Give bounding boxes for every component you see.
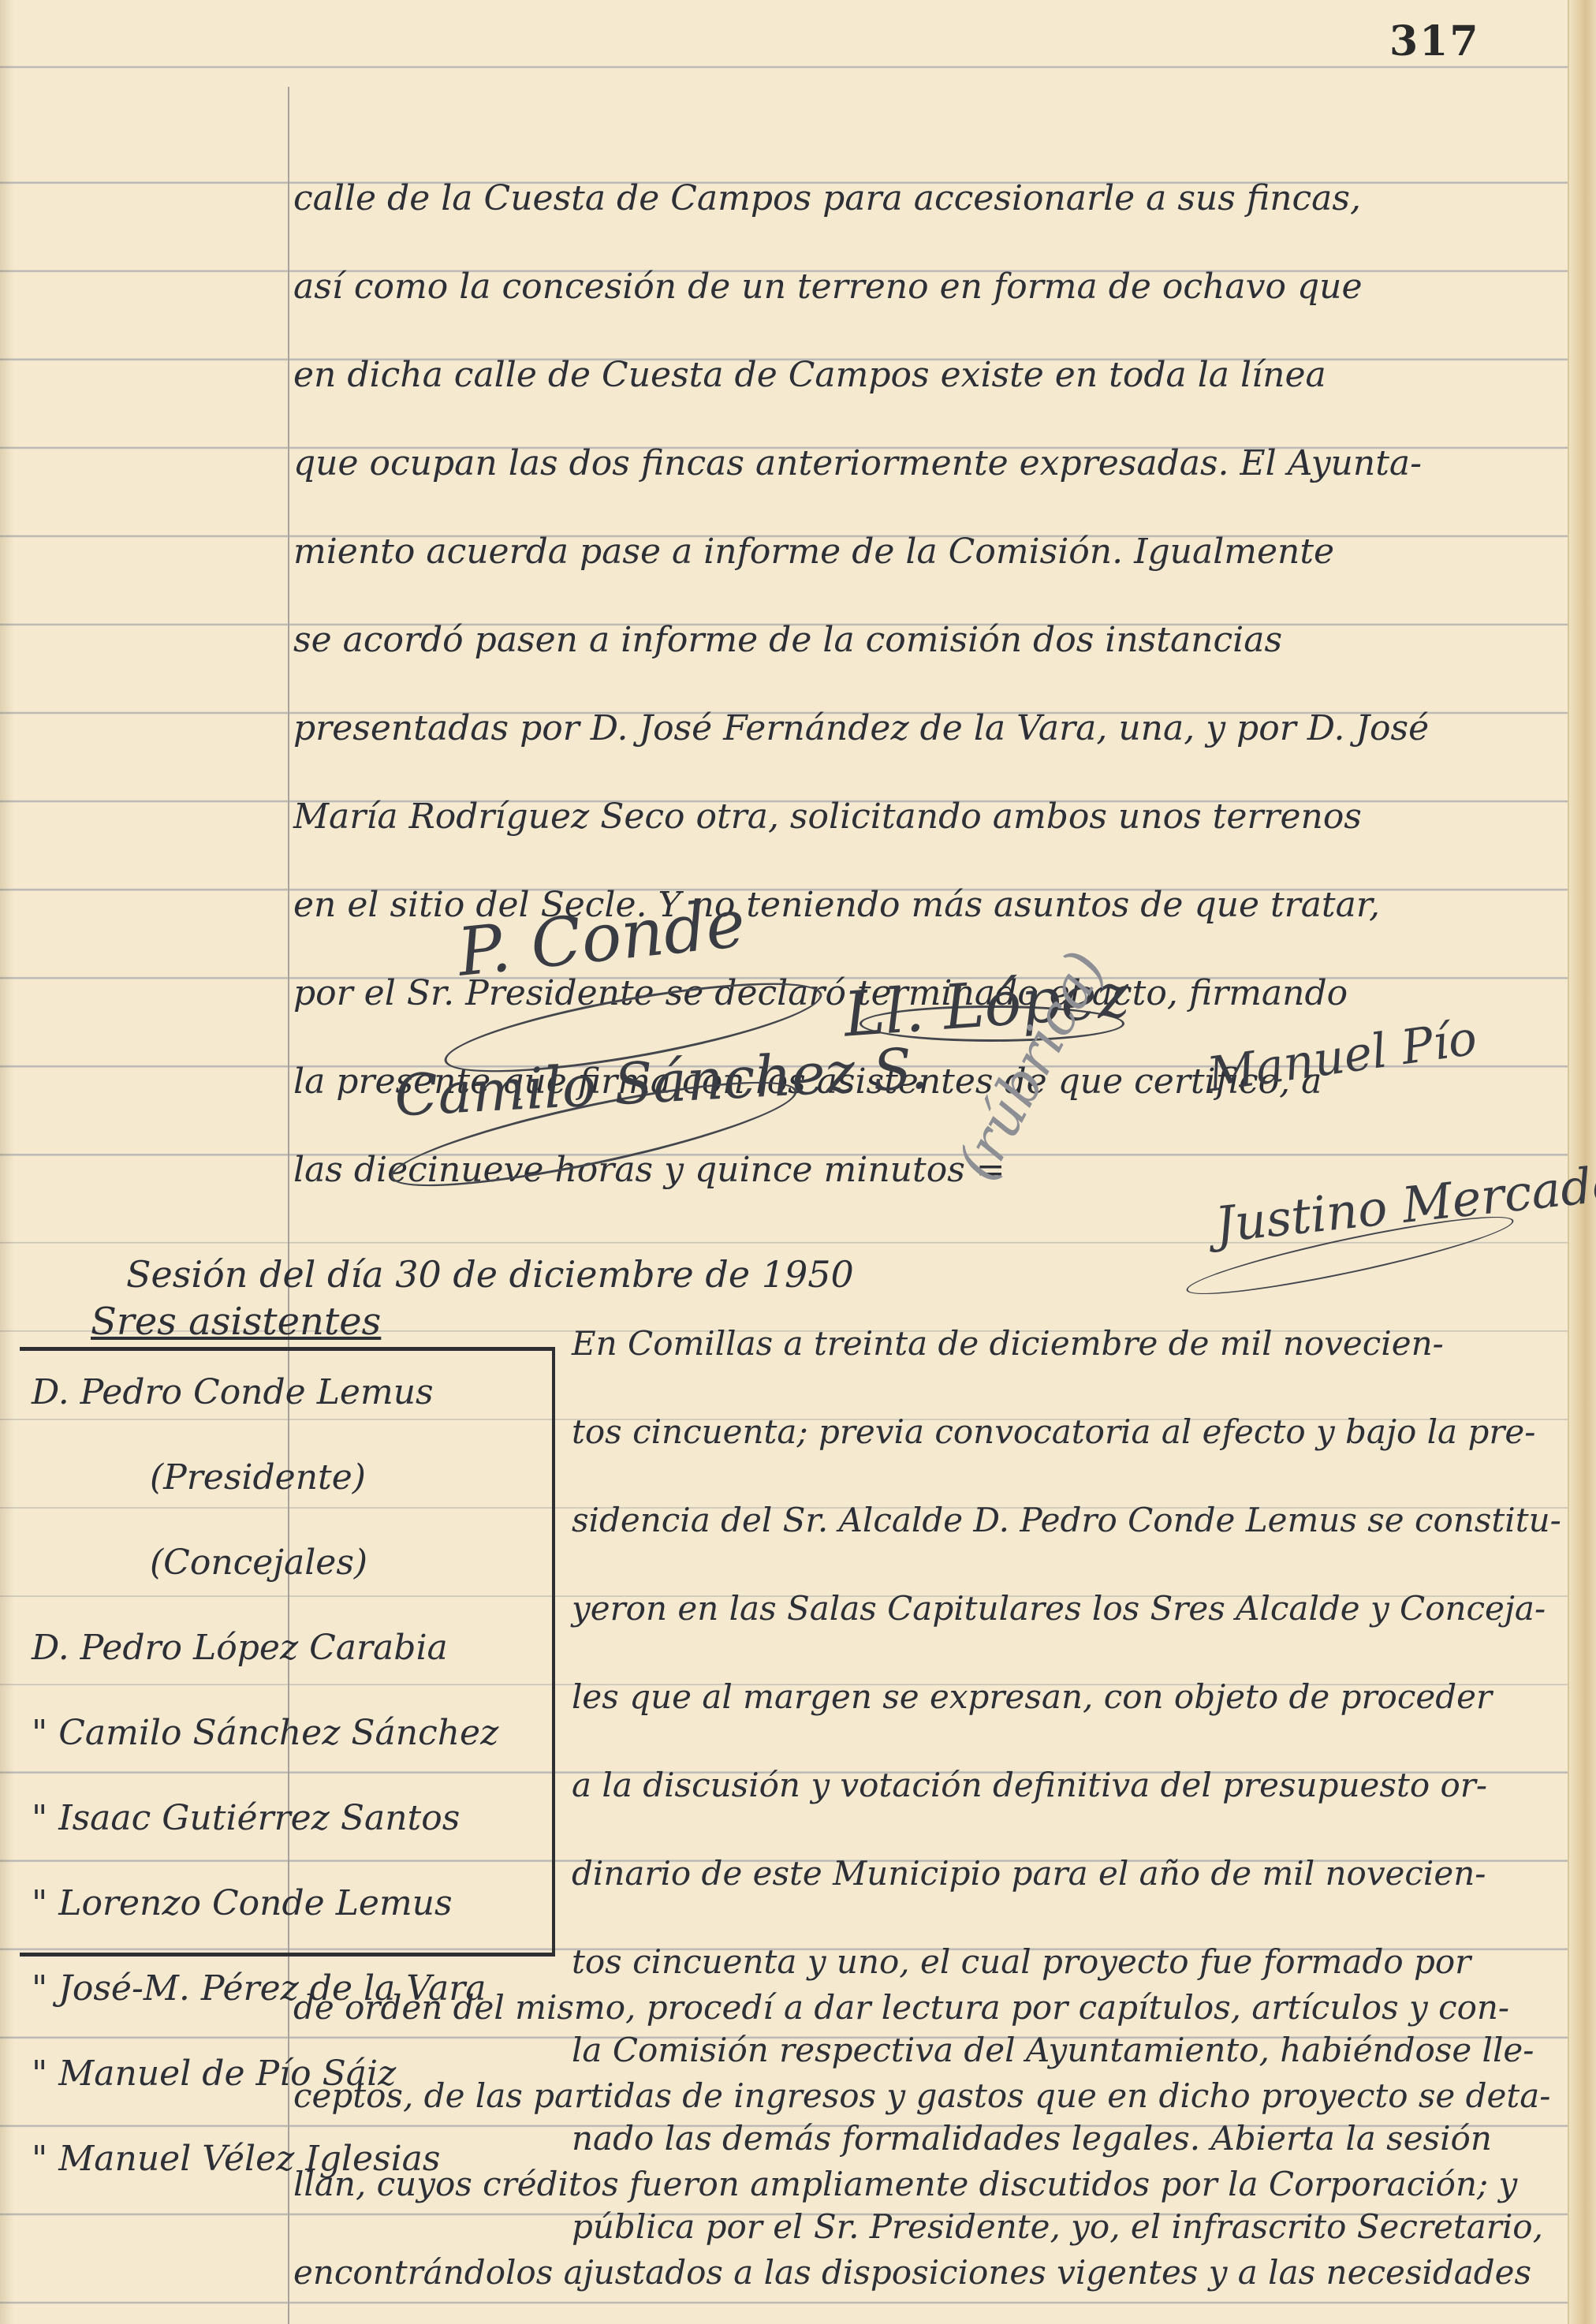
text-line: presentadas por D. José Fernández de la … — [293, 685, 1429, 773]
attendee: " Isaac Gutiérrez Santos — [32, 1774, 498, 1860]
page-number: 317 — [1389, 17, 1480, 65]
text-line: a la discusión y votación definitiva del… — [572, 1741, 1561, 1830]
text-line: María Rodríguez Seco otra, solicitando a… — [293, 773, 1429, 861]
text-line: calle de la Cuesta de Campos para accesi… — [293, 155, 1429, 243]
attendee: " Camilo Sánchez Sánchez — [32, 1689, 498, 1774]
text-line: yeron en las Salas Capitulares los Sres … — [572, 1565, 1561, 1653]
attendee: D. Pedro Conde Lemus — [32, 1349, 498, 1434]
text-line: así como la concesión de un terreno en f… — [293, 243, 1429, 331]
text-line: encontrándolos ajustados a las disposici… — [293, 2229, 1550, 2317]
text-line: en dicha calle de Cuesta de Campos exist… — [293, 331, 1429, 420]
text-line: dinario de este Municipio para el año de… — [572, 1830, 1561, 1918]
text-line: que ocupan las dos fincas anteriormente … — [293, 420, 1429, 508]
text-line: En Comillas a treinta de diciembre de mi… — [572, 1300, 1561, 1388]
text-line: ceptos, de las partidas de ingresos y ga… — [293, 2052, 1550, 2140]
attendee: " Lorenzo Conde Lemus — [32, 1860, 498, 1945]
text-line: miento acuerda pase a informe de la Comi… — [293, 508, 1429, 596]
text-line: se acordó pasen a informe de la comisión… — [293, 596, 1429, 685]
text-line: les que al margen se expresan, con objet… — [572, 1653, 1561, 1741]
text-line: de orden del mismo, procedí a dar lectur… — [293, 1964, 1550, 2052]
attendee: D. Pedro López Carabia — [32, 1604, 498, 1689]
text-line: tos cincuenta; previa convocatoria al ef… — [572, 1388, 1561, 1476]
text-line: sidencia del Sr. Alcalde D. Pedro Conde … — [572, 1476, 1561, 1565]
text-line: llan, cuyos créditos fueron ampliamente … — [293, 2140, 1550, 2229]
session-body-full-width: de orden del mismo, procedí a dar lectur… — [293, 1964, 1550, 2317]
attendee-role: (Presidente) — [32, 1434, 498, 1519]
attendee-role: (Concejales) — [32, 1519, 498, 1604]
